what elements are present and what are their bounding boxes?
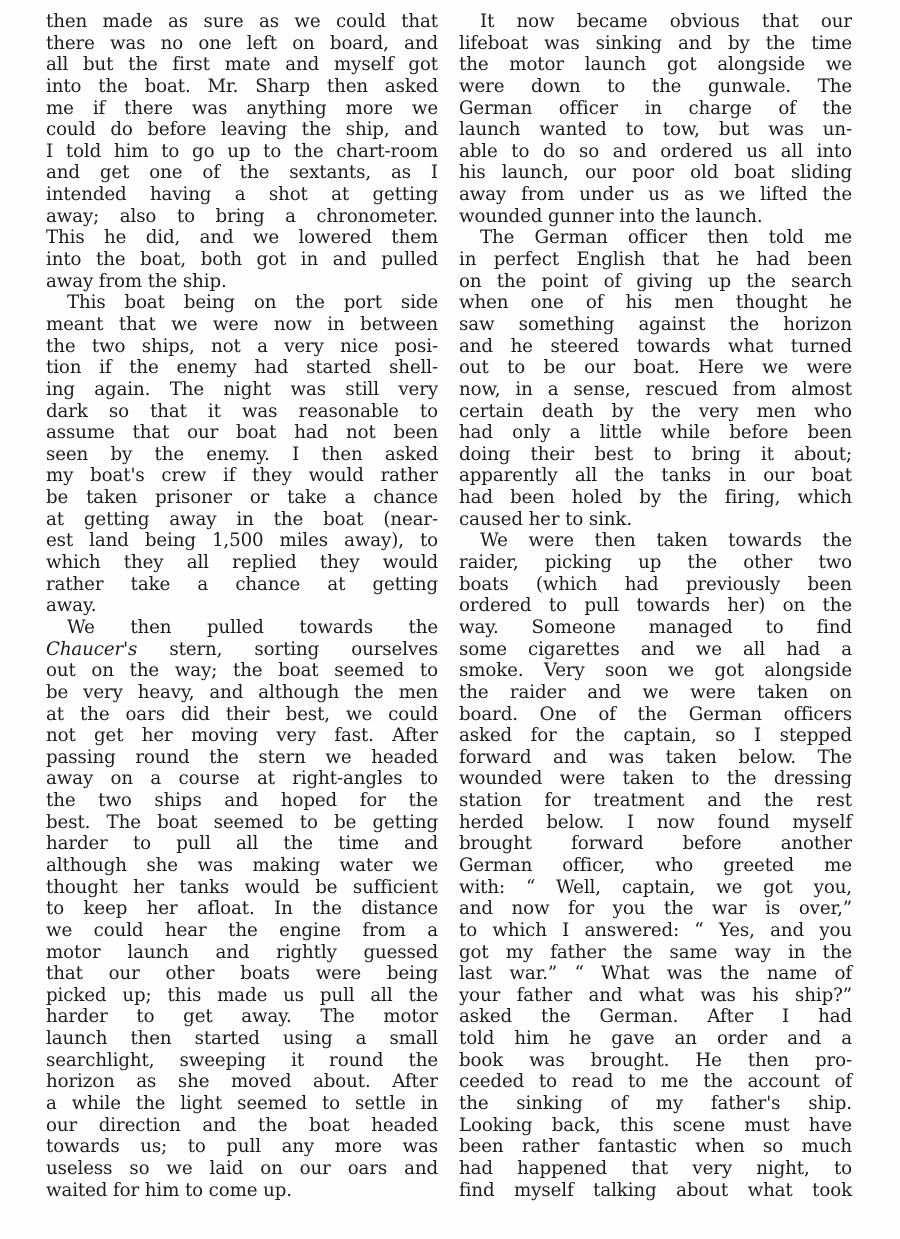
text-line: This boat being on the port side bbox=[46, 292, 438, 314]
text-line: we could hear the engine from a bbox=[46, 920, 438, 942]
paragraph: then made as sure as we could thatthere … bbox=[46, 11, 438, 292]
text-line: then made as sure as we could that bbox=[46, 11, 438, 33]
text-line: away on a course at right-angles to bbox=[46, 768, 438, 790]
text-line: not get her moving very fast. After bbox=[46, 725, 438, 747]
text-line: the two ships, not a very nice posi- bbox=[46, 336, 438, 358]
text-line: smoke. Very soon we got alongside bbox=[459, 660, 852, 682]
text-line: had only a little while before been bbox=[459, 422, 852, 444]
right-column: It now became obvious that ourlifeboat w… bbox=[459, 11, 852, 1201]
text-line: and get one of the sextants, as I bbox=[46, 162, 438, 184]
text-line: apparently all the tanks in our boat bbox=[459, 465, 852, 487]
text-line: to which I answered: “ Yes, and you bbox=[459, 920, 852, 942]
text-line: motor launch and rightly guessed bbox=[46, 942, 438, 964]
text-line: rather take a chance at getting bbox=[46, 574, 438, 596]
text-line: had been holed by the firing, which bbox=[459, 487, 852, 509]
text-line: book was brought. He then pro- bbox=[459, 1050, 852, 1072]
text-line: picked up; this made us pull all the bbox=[46, 985, 438, 1007]
text-line: asked the German. After I had bbox=[459, 1006, 852, 1028]
text-line: last war.” “ What was the name of bbox=[459, 963, 852, 985]
text-line: harder to pull all the time and bbox=[46, 833, 438, 855]
text-line: asked for the captain, so I stepped bbox=[459, 725, 852, 747]
text-line: be very heavy, and although the men bbox=[46, 682, 438, 704]
text-line: We were then taken towards the bbox=[459, 530, 852, 552]
text-line: wounded gunner into the launch. bbox=[459, 206, 852, 228]
text-line: on the point of giving up the search bbox=[459, 271, 852, 293]
text-line: with: “ Well, captain, we got you, bbox=[459, 877, 852, 899]
text-line: passing round the stern we headed bbox=[46, 747, 438, 769]
text-line: station for treatment and the rest bbox=[459, 790, 852, 812]
paragraph: We then pulled towards theChaucer's ster… bbox=[46, 617, 438, 1201]
text-line: out to be our boat. Here we were bbox=[459, 357, 852, 379]
text-line: find myself talking about what took bbox=[459, 1180, 852, 1202]
text-line: the motor launch got alongside we bbox=[459, 54, 852, 76]
text-line: ceeded to read to me the account of bbox=[459, 1071, 852, 1093]
paragraph: We were then taken towards theraider, pi… bbox=[459, 530, 852, 1201]
text-line: ing again. The night was still very bbox=[46, 379, 438, 401]
ship-name-italic: Chaucer's bbox=[46, 639, 137, 660]
text-line: away from under us as we lifted the bbox=[459, 184, 852, 206]
text-line: boats (which had previously been bbox=[459, 574, 852, 596]
left-column: then made as sure as we could thatthere … bbox=[46, 11, 438, 1201]
text-line: launch wanted to tow, but was un- bbox=[459, 119, 852, 141]
text-line: away. bbox=[46, 595, 438, 617]
text-line: into the boat, both got in and pulled bbox=[46, 249, 438, 271]
text-line: some cigarettes and we all had a bbox=[459, 639, 852, 661]
text-line: We then pulled towards the bbox=[46, 617, 438, 639]
text-line: forward and was taken below. The bbox=[459, 747, 852, 769]
text-line: Looking back, this scene must have bbox=[459, 1115, 852, 1137]
text-line: saw something against the horizon bbox=[459, 314, 852, 336]
text-line: seen by the enemy. I then asked bbox=[46, 444, 438, 466]
text-line: ordered to pull towards her) on the bbox=[459, 595, 852, 617]
text-line: raider, picking up the other two bbox=[459, 552, 852, 574]
text-line: a while the light seemed to settle in bbox=[46, 1093, 438, 1115]
text-line: got my father the same way in the bbox=[459, 942, 852, 964]
text-line: able to do so and ordered us all into bbox=[459, 141, 852, 163]
text-line: thought her tanks would be sufficient bbox=[46, 877, 438, 899]
text-line: board. One of the German officers bbox=[459, 704, 852, 726]
text-line: best. The boat seemed to be getting bbox=[46, 812, 438, 834]
text-line: when one of his men thought he bbox=[459, 292, 852, 314]
text-line: useless so we laid on our oars and bbox=[46, 1158, 438, 1180]
text-line: intended having a shot at getting bbox=[46, 184, 438, 206]
text-line: This he did, and we lowered them bbox=[46, 227, 438, 249]
text-line: certain death by the very men who bbox=[459, 401, 852, 423]
text-line: into the boat. Mr. Sharp then asked bbox=[46, 76, 438, 98]
text-line: horizon as she moved about. After bbox=[46, 1071, 438, 1093]
text-line: were down to the gunwale. The bbox=[459, 76, 852, 98]
text-line: there was no one left on board, and bbox=[46, 33, 438, 55]
text-line: away from the ship. bbox=[46, 271, 438, 293]
text-line: had happened that very night, to bbox=[459, 1158, 852, 1180]
text-line: tion if the enemy had started shell- bbox=[46, 357, 438, 379]
text-line: at getting away in the boat (near- bbox=[46, 509, 438, 531]
text-line: German officer, who greeted me bbox=[459, 855, 852, 877]
text-line: the raider and we were taken on bbox=[459, 682, 852, 704]
text-line: out on the way; the boat seemed to bbox=[46, 660, 438, 682]
text-line: could do before leaving the ship, and bbox=[46, 119, 438, 141]
paragraph: It now became obvious that ourlifeboat w… bbox=[459, 11, 852, 227]
text-line: It now became obvious that our bbox=[459, 11, 852, 33]
text-line: assume that our boat had not been bbox=[46, 422, 438, 444]
text-line: dark so that it was reasonable to bbox=[46, 401, 438, 423]
text-line: doing their best to bring it about; bbox=[459, 444, 852, 466]
text-line: and he steered towards what turned bbox=[459, 336, 852, 358]
text-line: The German officer then told me bbox=[459, 227, 852, 249]
text-line: way. Someone managed to find bbox=[459, 617, 852, 639]
text-line: German officer in charge of the bbox=[459, 98, 852, 120]
text-line: Chaucer's stern, sorting ourselves bbox=[46, 639, 438, 661]
text-line: wounded were taken to the dressing bbox=[459, 768, 852, 790]
text-line: our direction and the boat headed bbox=[46, 1115, 438, 1137]
text-line: me if there was anything more we bbox=[46, 98, 438, 120]
text-line: launch then started using a small bbox=[46, 1028, 438, 1050]
text-line: est land being 1,500 miles away), to bbox=[46, 530, 438, 552]
text-line: at the oars did their best, we could bbox=[46, 704, 438, 726]
text-line: be taken prisoner or take a chance bbox=[46, 487, 438, 509]
paragraph: This boat being on the port sidemeant th… bbox=[46, 292, 438, 617]
text-line: towards us; to pull any more was bbox=[46, 1136, 438, 1158]
text-line: been rather fantastic when so much bbox=[459, 1136, 852, 1158]
text-line: although she was making water we bbox=[46, 855, 438, 877]
text-line: all but the first mate and myself got bbox=[46, 54, 438, 76]
paragraph: The German officer then told mein perfec… bbox=[459, 227, 852, 530]
text-line: which they all replied they would bbox=[46, 552, 438, 574]
text-line: caused her to sink. bbox=[459, 509, 852, 531]
text-line: told him he gave an order and a bbox=[459, 1028, 852, 1050]
text-line: I told him to go up to the chart-room bbox=[46, 141, 438, 163]
text-line: his launch, our poor old boat sliding bbox=[459, 162, 852, 184]
text-line: now, in a sense, rescued from almost bbox=[459, 379, 852, 401]
text-line: and now for you the war is over,” bbox=[459, 898, 852, 920]
text-line: searchlight, sweeping it round the bbox=[46, 1050, 438, 1072]
text-line: brought forward before another bbox=[459, 833, 852, 855]
text-line: to keep her afloat. In the distance bbox=[46, 898, 438, 920]
text-line: harder to get away. The motor bbox=[46, 1006, 438, 1028]
text-line: the two ships and hoped for the bbox=[46, 790, 438, 812]
text-line: in perfect English that he had been bbox=[459, 249, 852, 271]
text-line: waited for him to come up. bbox=[46, 1180, 438, 1202]
text-line: away; also to bring a chronometer. bbox=[46, 206, 438, 228]
text-line: my boat's crew if they would rather bbox=[46, 465, 438, 487]
text-line: your father and what was his ship?” bbox=[459, 985, 852, 1007]
text-line: herded below. I now found myself bbox=[459, 812, 852, 834]
text-line: lifeboat was sinking and by the time bbox=[459, 33, 852, 55]
text-line: that our other boats were being bbox=[46, 963, 438, 985]
book-page: then made as sure as we could thatthere … bbox=[0, 0, 900, 1239]
text-line: meant that we were now in between bbox=[46, 314, 438, 336]
text-line: the sinking of my father's ship. bbox=[459, 1093, 852, 1115]
